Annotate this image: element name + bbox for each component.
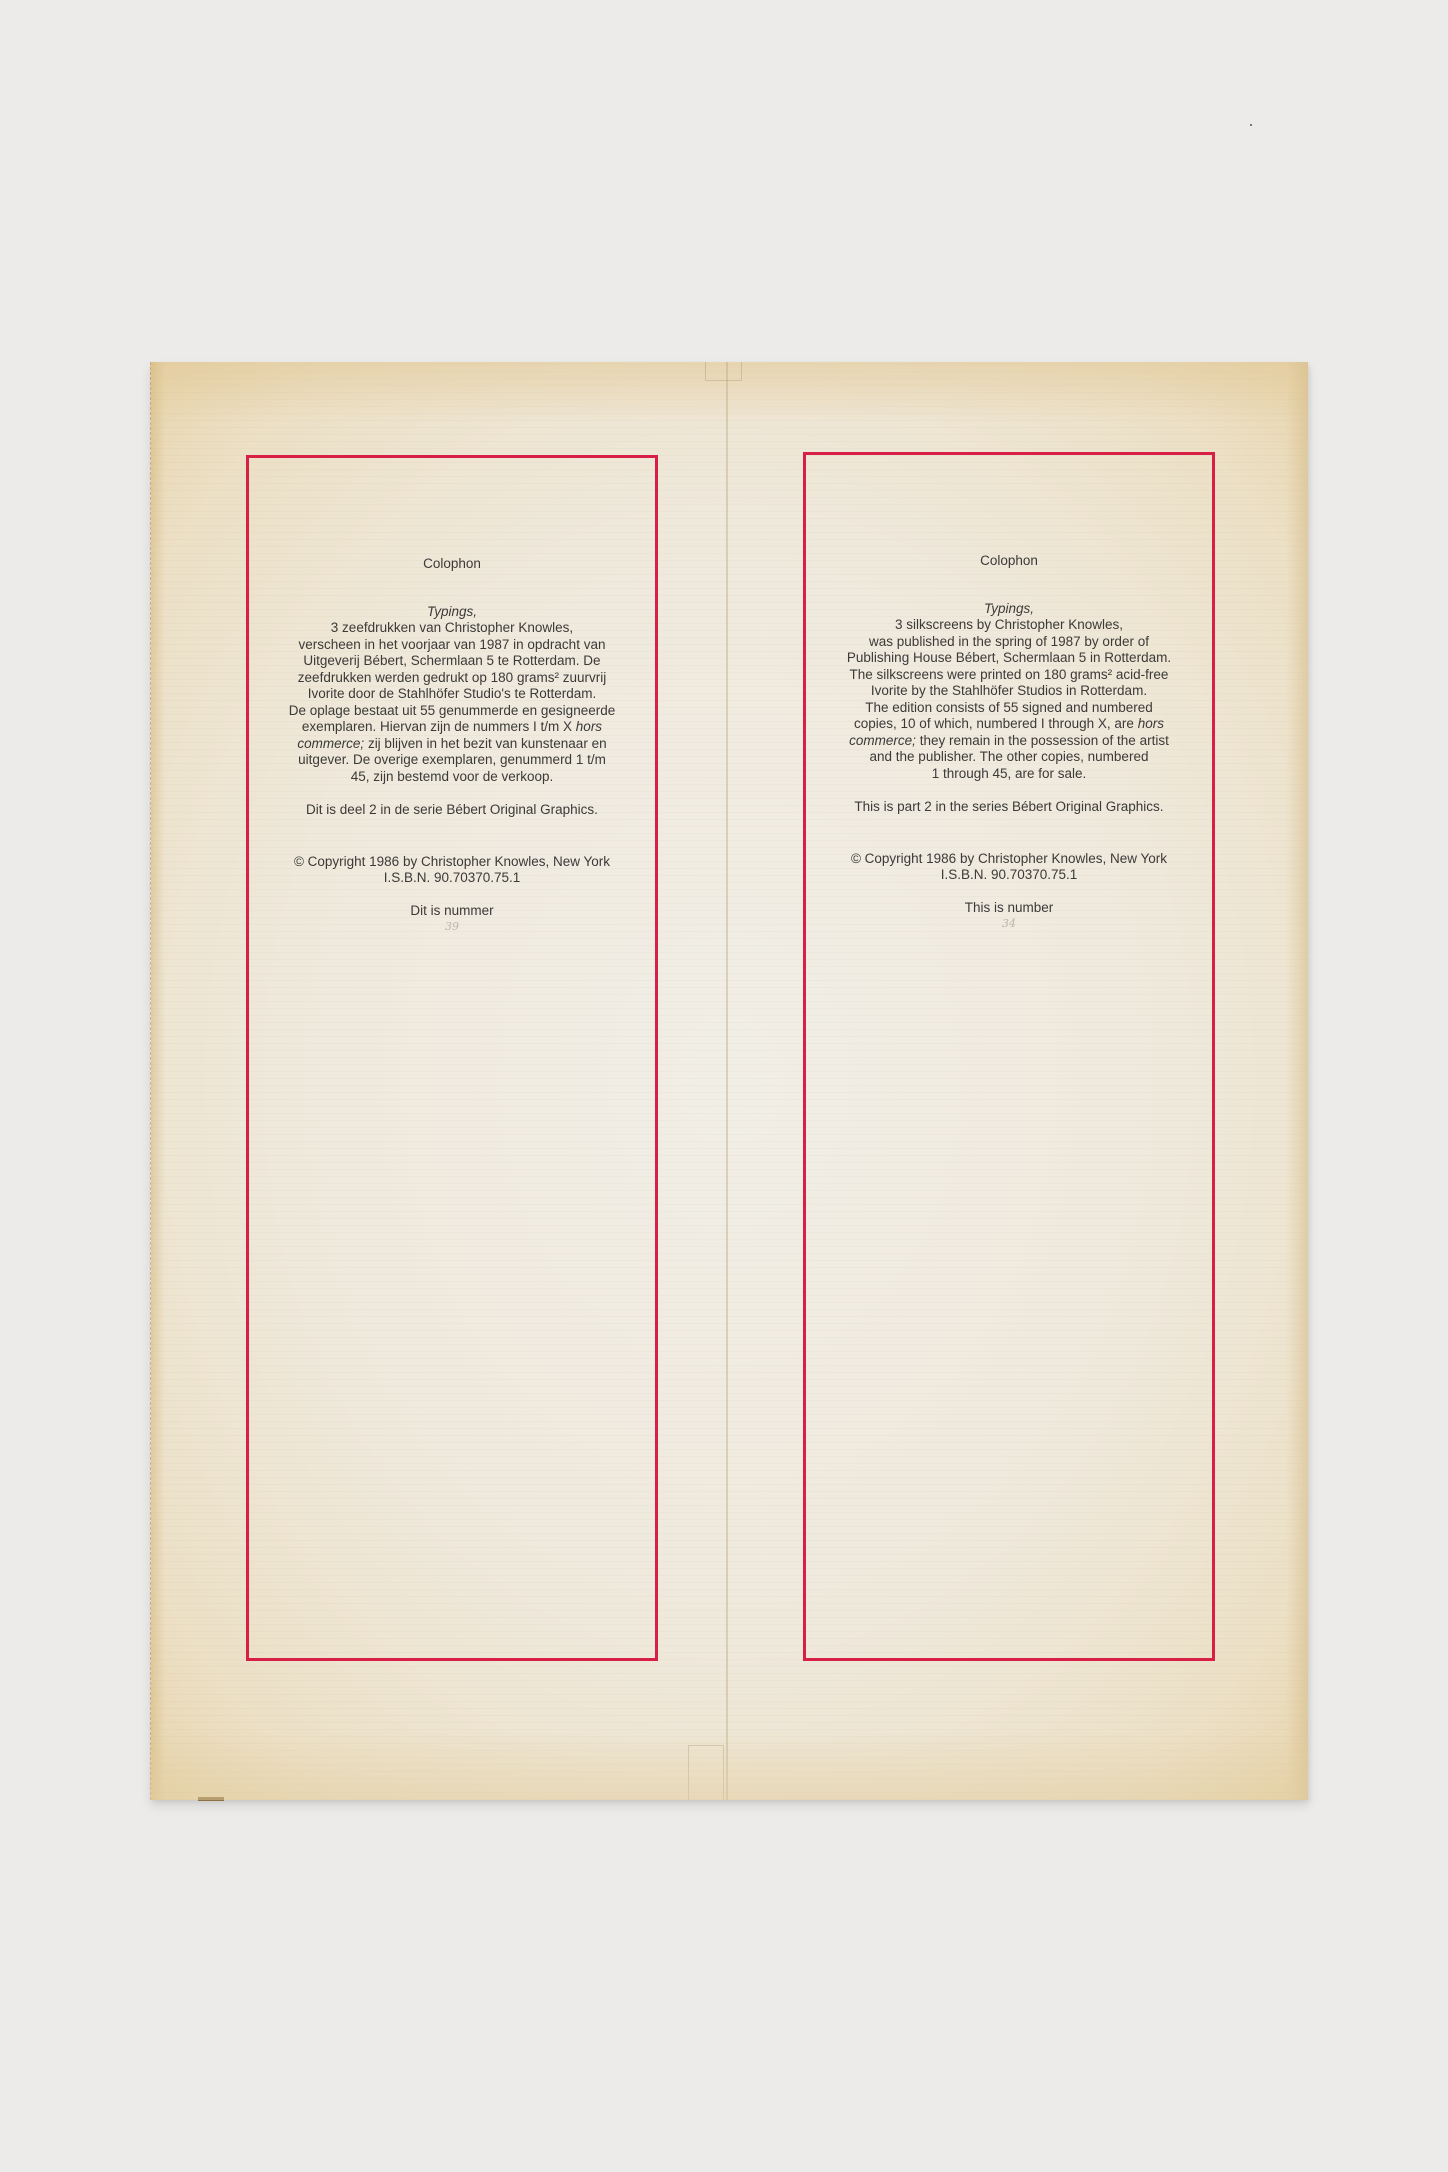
handwritten-number: 39 bbox=[249, 919, 655, 933]
work-title: Typings, bbox=[249, 604, 655, 621]
center-fold bbox=[726, 362, 728, 1800]
body-line: Publishing House Bébert, Schermlaan 5 in… bbox=[806, 650, 1212, 667]
body-line-part: exemplaren. Hiervan zijn de nummers I t/… bbox=[302, 719, 572, 734]
panel-title: Colophon bbox=[806, 553, 1212, 570]
number-label: This is number bbox=[806, 900, 1212, 917]
colophon-board: Colophon Typings, 3 zeefdrukken van Chri… bbox=[150, 362, 1308, 1800]
body-line: and the publisher. The other copies, num… bbox=[806, 749, 1212, 766]
body-line: Ivorite door de Stahlhöfer Studio's te R… bbox=[249, 686, 655, 703]
fold-tab-top bbox=[705, 362, 742, 381]
foot-mark bbox=[198, 1797, 224, 1801]
body-line: Uitgeverij Bébert, Schermlaan 5 te Rotte… bbox=[249, 653, 655, 670]
body-line: The edition consists of 55 signed and nu… bbox=[806, 700, 1212, 717]
copyright-line: © Copyright 1986 by Christopher Knowles,… bbox=[806, 851, 1212, 868]
fold-tab-bottom bbox=[688, 1745, 724, 1800]
body-line: 45, zijn bestemd voor de verkoop. bbox=[249, 769, 655, 786]
colophon-body: Typings, 3 zeefdrukken van Christopher K… bbox=[249, 604, 655, 786]
body-line: commerce; zij blijven in het bezit van k… bbox=[249, 736, 655, 753]
italic-phrase: hors bbox=[576, 719, 602, 734]
body-line: uitgever. De overige exemplaren, genumme… bbox=[249, 752, 655, 769]
series-note: This is part 2 in the series Bébert Orig… bbox=[806, 799, 1212, 816]
body-line: copies, 10 of which, numbered I through … bbox=[806, 716, 1212, 733]
board-left-edge bbox=[150, 362, 165, 1800]
body-line-part: they remain in the possession of the art… bbox=[920, 733, 1169, 748]
body-line: exemplaren. Hiervan zijn de nummers I t/… bbox=[249, 719, 655, 736]
body-line: The silkscreens were printed on 180 gram… bbox=[806, 667, 1212, 684]
colophon-panel-dutch: Colophon Typings, 3 zeefdrukken van Chri… bbox=[246, 455, 658, 1661]
colophon-panel-english: Colophon Typings, 3 silkscreens by Chris… bbox=[803, 452, 1215, 1661]
copyright-line: © Copyright 1986 by Christopher Knowles,… bbox=[249, 854, 655, 871]
body-line: zeefdrukken werden gedrukt op 180 grams²… bbox=[249, 670, 655, 687]
wall-speck bbox=[1250, 124, 1252, 126]
body-line: 3 silkscreens by Christopher Knowles, bbox=[806, 617, 1212, 634]
number-label: Dit is nummer bbox=[249, 903, 655, 920]
body-line: was published in the spring of 1987 by o… bbox=[806, 634, 1212, 651]
body-line: 3 zeefdrukken van Christopher Knowles, bbox=[249, 620, 655, 637]
italic-phrase: hors bbox=[1138, 716, 1164, 731]
body-line: verscheen in het voorjaar van 1987 in op… bbox=[249, 637, 655, 654]
body-line: Ivorite by the Stahlhöfer Studios in Rot… bbox=[806, 683, 1212, 700]
italic-phrase: commerce; bbox=[297, 736, 364, 751]
series-note: Dit is deel 2 in de serie Bébert Origina… bbox=[249, 802, 655, 819]
board-right-edge bbox=[1286, 362, 1308, 1800]
body-line-part: zij blijven in het bezit van kunstenaar … bbox=[368, 736, 607, 751]
italic-phrase: commerce; bbox=[849, 733, 916, 748]
colophon-body: Typings, 3 silkscreens by Christopher Kn… bbox=[806, 601, 1212, 783]
body-line: 1 through 45, are for sale. bbox=[806, 766, 1212, 783]
panel-title: Colophon bbox=[249, 556, 655, 573]
body-line: commerce; they remain in the possession … bbox=[806, 733, 1212, 750]
work-title: Typings, bbox=[806, 601, 1212, 618]
isbn-line: I.S.B.N. 90.70370.75.1 bbox=[249, 870, 655, 887]
handwritten-number: 34 bbox=[806, 916, 1212, 930]
body-line: De oplage bestaat uit 55 genummerde en g… bbox=[249, 703, 655, 720]
isbn-line: I.S.B.N. 90.70370.75.1 bbox=[806, 867, 1212, 884]
body-line-part: copies, 10 of which, numbered I through … bbox=[854, 716, 1134, 731]
